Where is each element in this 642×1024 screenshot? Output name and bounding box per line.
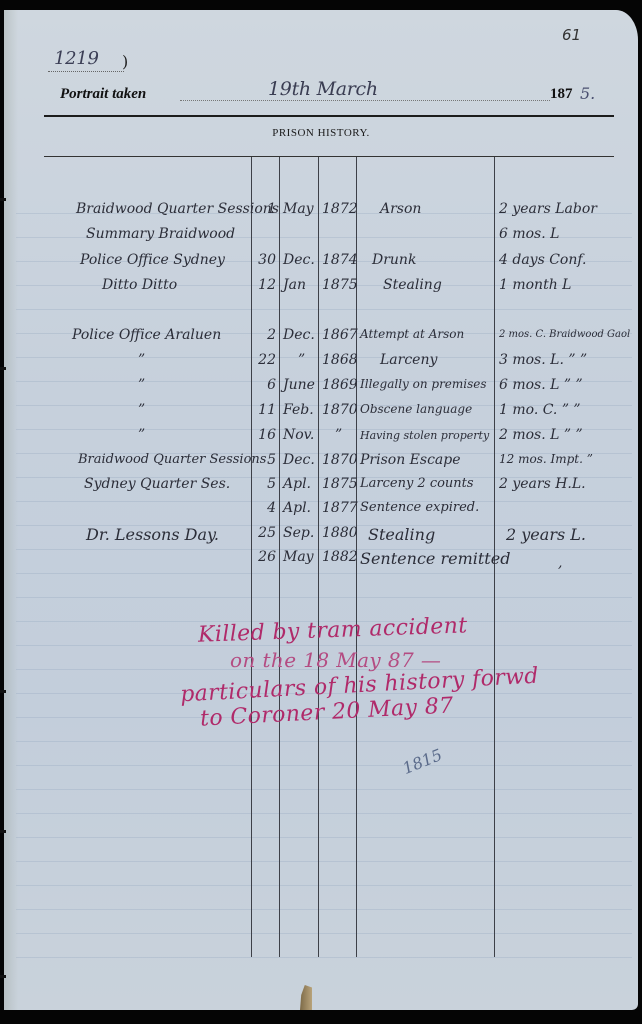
table-row: ” 11 Feb. 1870 Obscene language 1 mo. C.… xyxy=(0,402,642,426)
day-cell: 5 xyxy=(250,452,276,468)
table-row: 26 May 1882 Sentence remitted , xyxy=(0,549,642,573)
month-cell: Apl. xyxy=(283,476,311,492)
table-row: Dr. Lessons Day. 25 Sep. 1880 Stealing 2… xyxy=(0,525,642,549)
month-cell: May xyxy=(283,201,314,217)
month-cell: May xyxy=(283,549,314,565)
year-cell: 1880 xyxy=(322,525,358,541)
sentence-cell: 3 mos. L. ” ” xyxy=(499,352,587,368)
dotted-leader xyxy=(180,100,550,101)
day-cell: 6 xyxy=(250,377,276,393)
offence-cell: Sentence remitted xyxy=(360,549,510,568)
court-cell: Ditto Ditto xyxy=(102,277,177,293)
table-row: Sydney Quarter Ses. 5 Apl. 1875 Larceny … xyxy=(0,476,642,500)
year-cell: 1877 xyxy=(322,500,358,516)
year-cell: ” xyxy=(335,427,342,443)
day-cell: 2 xyxy=(250,327,276,343)
table-row: Summary Braidwood 6 mos. L xyxy=(0,226,642,250)
court-cell: Summary Braidwood xyxy=(86,226,235,242)
court-cell: ” xyxy=(138,402,145,418)
court-cell: Braidwood Quarter Sessions xyxy=(78,452,266,467)
month-cell: Jan xyxy=(283,277,306,293)
year-cell: 1869 xyxy=(322,377,358,393)
offence-cell: Attempt at Arson xyxy=(360,327,464,341)
day-cell: 5 xyxy=(250,476,276,492)
offence-cell: Larceny xyxy=(380,352,437,368)
offence-cell: Drunk xyxy=(372,252,416,268)
offence-cell: Arson xyxy=(380,201,421,217)
month-cell: Apl. xyxy=(283,500,311,516)
sentence-cell: 1 month L xyxy=(499,277,571,293)
sentence-cell: 2 years Labor xyxy=(499,201,597,217)
court-cell: Sydney Quarter Ses. xyxy=(84,476,230,492)
sentence-cell: 1 mo. C. ” ” xyxy=(499,402,581,418)
offence-cell: Having stolen property xyxy=(360,429,489,442)
sentence-cell: 6 mos. L xyxy=(499,226,559,242)
year-cell: 1872 xyxy=(322,201,358,217)
month-cell: Dec. xyxy=(283,327,315,343)
year-cell: 1870 xyxy=(322,402,358,418)
court-cell: ” xyxy=(138,377,145,393)
day-cell: 26 xyxy=(250,549,276,565)
table-row: Ditto Ditto 12 Jan 1875 Stealing 1 month… xyxy=(0,277,642,301)
day-cell: 30 xyxy=(250,252,276,268)
month-cell: June xyxy=(283,377,315,393)
table-row: 4 Apl. 1877 Sentence expired. xyxy=(0,500,642,524)
sentence-cell: 2 years H.L. xyxy=(499,476,586,492)
binding-stitch xyxy=(0,830,6,833)
court-cell: Police Office Sydney xyxy=(80,252,225,268)
table-row: ” 6 June 1869 Illegally on premises 6 mo… xyxy=(0,377,642,401)
sentence-cell: 2 mos. C. Braidwood Gaol xyxy=(499,329,630,340)
binding-stitch xyxy=(0,975,6,978)
memo-line: on the 18 May 87 — xyxy=(230,648,441,672)
year-cell: 1882 xyxy=(322,549,358,565)
year-cell: 1870 xyxy=(322,452,358,468)
offence-cell: Sentence expired. xyxy=(360,500,479,515)
register-number: 1219 xyxy=(54,48,99,69)
sentence-cell: 2 mos. L ” ” xyxy=(499,427,583,443)
month-cell: Dec. xyxy=(283,452,315,468)
day-cell: 25 xyxy=(250,525,276,541)
court-cell: ” xyxy=(138,427,145,443)
day-cell: 11 xyxy=(250,402,276,418)
month-cell: Dec. xyxy=(283,252,315,268)
offence-cell: Larceny 2 counts xyxy=(360,476,474,491)
section-title: PRISON HISTORY. xyxy=(0,127,642,139)
header-rule xyxy=(44,115,614,117)
court-cell: Braidwood Quarter Sessions xyxy=(76,201,279,217)
offence-cell: Stealing xyxy=(383,277,442,293)
page-number: 61 xyxy=(562,26,581,44)
month-cell: Nov. xyxy=(283,427,314,443)
year-cell: 1868 xyxy=(322,352,358,368)
portrait-taken-label: Portrait taken xyxy=(60,86,146,103)
month-cell: Sep. xyxy=(283,525,314,541)
sentence-cell: 12 mos. Impt. ” xyxy=(499,452,593,466)
offence-cell: Illegally on premises xyxy=(360,377,487,391)
day-cell: 4 xyxy=(250,500,276,516)
offence-cell: Stealing xyxy=(368,525,435,544)
day-cell: 22 xyxy=(250,352,276,368)
court-cell: ” xyxy=(138,352,145,368)
year-cell: 1875 xyxy=(322,476,358,492)
month-cell: Feb. xyxy=(283,402,314,418)
year-cell: 1875 xyxy=(322,277,358,293)
table-row: ” 16 Nov. ” Having stolen property 2 mos… xyxy=(0,427,642,451)
sentence-cell: 4 days Conf. xyxy=(499,252,587,268)
offence-cell: Obscene language xyxy=(360,402,472,416)
table-row: Police Office Araluen 2 Dec. 1867 Attemp… xyxy=(0,327,642,351)
portrait-taken-date: 19th March xyxy=(268,78,378,100)
sentence-cell: , xyxy=(558,555,562,571)
day-cell: 12 xyxy=(250,277,276,293)
table-row-blank xyxy=(0,302,642,326)
offence-cell: Prison Escape xyxy=(360,452,461,468)
portrait-year-written: 5. xyxy=(580,84,595,103)
year-cell: 1874 xyxy=(322,252,358,268)
year-cell: 1867 xyxy=(322,327,358,343)
table-row: Braidwood Quarter Sessions 1 May 1872 Ar… xyxy=(0,201,642,225)
bracket-mark: ) xyxy=(122,52,128,71)
register-number-underline xyxy=(48,71,124,72)
sentence-cell: 6 mos. L ” ” xyxy=(499,377,583,393)
binding-stitch xyxy=(0,690,6,693)
table-row: Police Office Sydney 30 Dec. 1874 Drunk … xyxy=(0,252,642,276)
court-cell: Dr. Lessons Day. xyxy=(86,525,219,544)
sentence-cell: 2 years L. xyxy=(506,525,586,544)
table-top-rule xyxy=(44,156,614,157)
portrait-year-printed: 187 xyxy=(550,86,573,103)
table-row: Braidwood Quarter Sessions 5 Dec. 1870 P… xyxy=(0,452,642,476)
day-cell: 16 xyxy=(250,427,276,443)
month-cell: ” xyxy=(298,352,305,368)
table-row: ” 22 ” 1868 Larceny 3 mos. L. ” ” xyxy=(0,352,642,376)
day-cell: 1 xyxy=(250,201,276,217)
court-cell: Police Office Araluen xyxy=(72,327,221,343)
